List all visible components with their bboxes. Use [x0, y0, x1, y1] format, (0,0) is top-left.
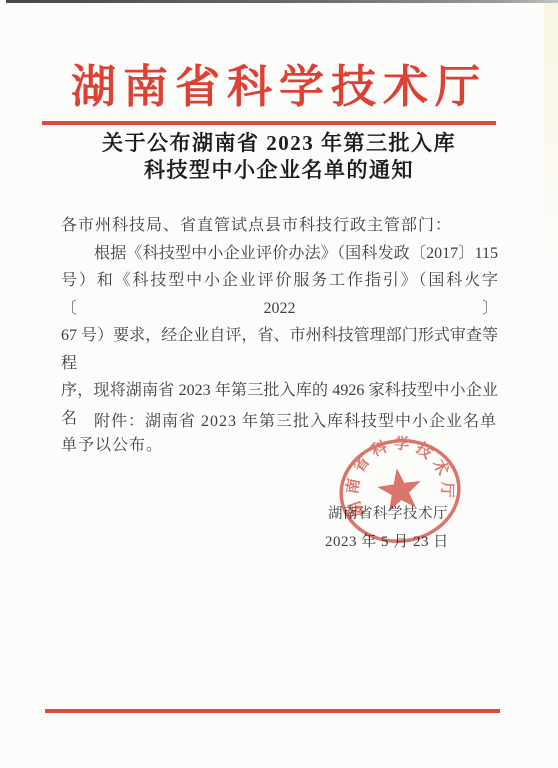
letterhead-rule: [42, 121, 496, 125]
document-title: 关于公布湖南省 2023 年第三批入库 科技型中小企业名单的通知: [0, 130, 558, 184]
letterhead-agency-name: 湖南省科学技术厅: [0, 62, 558, 112]
scanned-document-page: 湖南省科学技术厅 关于公布湖南省 2023 年第三批入库 科技型中小企业名单的通…: [0, 0, 558, 768]
attachment-line: 附件：湖南省 2023 年第三批入库科技型中小企业名单: [61, 408, 498, 436]
paragraph-line: 号）和《科技型中小企业评价服务工作指引》（国科火字〔2022〕: [61, 267, 498, 322]
footer-rule: [45, 709, 500, 713]
signature-agency-name: 湖南省科学技术厅: [328, 503, 448, 525]
paragraph-line: 67 号）要求，经企业自评，省、市州科技管理部门形式审查等程: [61, 322, 498, 377]
signature-date: 2023 年 5 月 23 日: [325, 531, 449, 553]
document-title-line2: 科技型中小企业名单的通知: [0, 157, 558, 184]
salutation-line: 各市州科技局、省直管试点县市科技行政主管部门：: [61, 212, 498, 240]
paragraph-line: 单予以公布。: [61, 432, 498, 460]
paragraph-line: 根据《科技型中小企业评价办法》（国科发政〔2017〕115: [61, 240, 498, 268]
document-title-line1: 关于公布湖南省 2023 年第三批入库: [0, 130, 558, 157]
scan-edge-artifact: [6, 0, 558, 3]
